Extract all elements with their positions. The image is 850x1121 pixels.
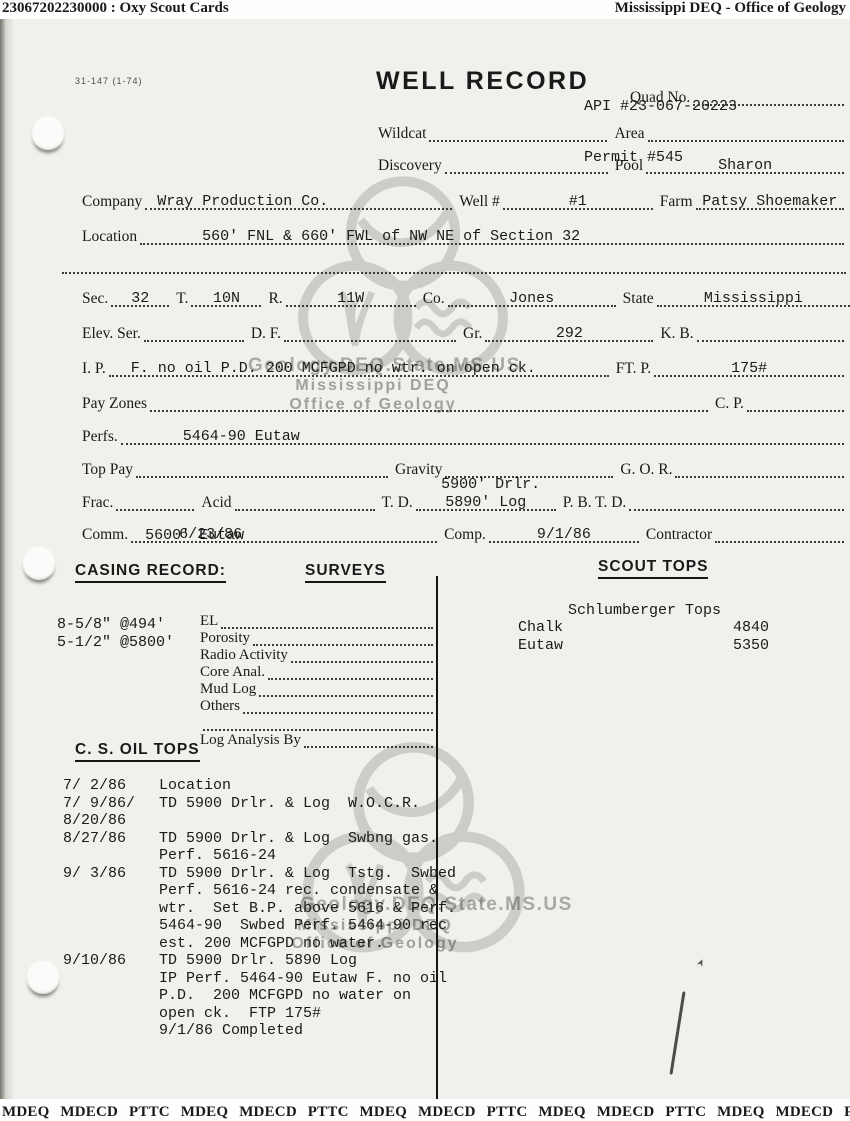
entry-text: TD 5900 Drlr. & Log Tstg. Swbed Perf. 56… (159, 865, 456, 953)
dotted-rule (304, 746, 433, 748)
well-number-label: Well # (452, 194, 503, 211)
township-field: 10N (191, 287, 261, 307)
log-entry: 8/20/86 (63, 812, 437, 830)
entry-date: 8/27/86 (63, 830, 159, 848)
field-row-location: Location 560' FNL & 660' FWL of NW NE of… (82, 225, 844, 245)
pay-zones-field (150, 392, 708, 412)
field-row-ip: I. P. F. no oil P.D. 200 MCFGPD no wtr. … (82, 357, 844, 377)
page-title: WELL RECORD (376, 67, 589, 96)
comm-depth-note: 5600' Eutaw (145, 527, 244, 544)
formation-name: Chalk (518, 619, 563, 637)
scout-tops-source: Schlumberger Tops (568, 602, 721, 620)
contractor-label: Contractor (639, 527, 715, 544)
survey-row: Porosity (200, 629, 433, 646)
township-label: T. (169, 291, 191, 308)
casing-record-header: CASING RECORD: (75, 562, 226, 583)
discovery-field (445, 154, 608, 174)
log-entry: 7/ 2/86 Location (63, 777, 437, 795)
location-field: 560' FNL & 660' FWL of NW NE of Section … (140, 225, 844, 245)
sec-label: Sec. (82, 291, 111, 308)
wildcat-field (429, 122, 607, 142)
area-field (648, 122, 844, 142)
gravity-field (445, 458, 613, 478)
perfs-field: 5464-90 Eutaw (121, 425, 844, 445)
dotted-rule (243, 712, 433, 714)
dotted-rule (221, 627, 433, 629)
pool-label: Pool (608, 158, 646, 175)
kb-field (697, 322, 844, 342)
dotted-rule (259, 695, 433, 697)
comp-label: Comp. (437, 527, 489, 544)
cp-field (747, 392, 844, 412)
field-row-pay-zones: Pay Zones C. P. (82, 392, 844, 412)
log-entry: 8/27/86 TD 5900 Drlr. & Log Swbng gas. P… (63, 830, 437, 865)
punch-hole (22, 546, 56, 580)
wildcat-label: Wildcat (378, 126, 429, 143)
range-label: R. (261, 291, 285, 308)
survey-row: Mud Log (200, 680, 433, 697)
td-label: T. D. (375, 495, 416, 512)
range-field: 11W (286, 287, 416, 307)
entry-date: 9/10/86 (63, 952, 159, 970)
pool-field: Sharon (646, 154, 844, 174)
farm-label: Farm (653, 194, 696, 211)
top-pay-field (136, 458, 388, 478)
field-row-perfs: Perfs. 5464-90 Eutaw (82, 425, 844, 445)
dotted-rule (291, 661, 433, 663)
casing-item: 5-1/2" @5800' (57, 634, 174, 652)
casing-record-list: 8-5/8" @494' 5-1/2" @5800' (57, 616, 174, 651)
scout-tops-table: Chalk 4840 Eutaw 5350 (518, 619, 803, 654)
scanned-well-record-page: { "header_bar": { "left": "2306720223000… (0, 0, 850, 1121)
entry-text: TD 5900 Drlr. & Log Swbng gas. Perf. 561… (159, 830, 438, 865)
survey-row: Others (200, 697, 433, 714)
log-entry: 9/ 3/86 TD 5900 Drlr. & Log Tstg. Swbed … (63, 865, 437, 953)
cp-label: C. P. (708, 396, 747, 413)
gr-label: Gr. (456, 326, 485, 343)
gor-label: G. O. R. (613, 462, 675, 479)
survey-row: Core Anal. (200, 663, 433, 680)
log-entry: 9/10/86 TD 5900 Drlr. 5890 Log IP Perf. … (63, 952, 437, 1040)
td-driller-value: 5900' Drlr. (441, 476, 540, 493)
state-label: State (616, 291, 657, 308)
comm-label: Comm. (82, 527, 131, 544)
field-row-sec-t-r-co-state: Sec. 32 T. 10N R. 11W Co. Jones State Mi… (82, 287, 850, 307)
frac-field (116, 491, 194, 511)
scout-tops-header: SCOUT TOPS (598, 558, 708, 579)
scan-artifact (669, 991, 685, 1074)
casing-item: 8-5/8" @494' (57, 616, 174, 634)
top-pay-label: Top Pay (82, 462, 136, 479)
field-row-quad: Quad No. (630, 86, 844, 106)
form-number: 31-147 (1-74) (75, 76, 143, 86)
scan-page-edge (0, 19, 16, 1099)
field-row-comm-comp: Comm. 6/23/86 5600' Eutaw Comp. 9/1/86 C… (82, 523, 844, 543)
scan-artifact (697, 958, 705, 967)
blank-rule-row (62, 254, 846, 274)
surveys-header: SURVEYS (305, 562, 386, 583)
survey-row (200, 714, 433, 731)
field-row-frac-td: Frac. Acid T. D. 5900' Drlr. 5890' Log P… (82, 491, 844, 511)
company-field: Wray Production Co. (145, 190, 452, 210)
dotted-rule (268, 678, 433, 680)
location-label: Location (82, 229, 140, 246)
elev-ser-label: Elev. Ser. (82, 326, 144, 343)
viewer-header-bar: 23067202230000 : Oxy Scout Cards Mississ… (0, 0, 850, 19)
field-row-discovery-pool: Discovery Pool Sharon (378, 154, 844, 174)
survey-row: Radio Activity (200, 646, 433, 663)
field-row-company: Company Wray Production Co. Well # #1 Fa… (82, 190, 844, 210)
pay-zones-label: Pay Zones (82, 396, 150, 413)
ip-field: F. no oil P.D. 200 MCFGPD no wtr. on ope… (109, 357, 609, 377)
log-entry: 7/ 9/86/ TD 5900 Drlr. & Log W.O.C.R. (63, 795, 437, 813)
entry-date: 7/ 2/86 (63, 777, 159, 795)
formation-name: Eutaw (518, 637, 563, 655)
entry-date: 8/20/86 (63, 812, 159, 830)
comm-field: 6/23/86 5600' Eutaw (131, 523, 437, 543)
county-label: Co. (416, 291, 448, 308)
punch-hole (26, 960, 60, 994)
agency-title: Mississippi DEQ - Office of Geology (615, 0, 846, 17)
dotted-rule (253, 644, 433, 646)
ftp-field: 175# (654, 357, 844, 377)
td-field: 5900' Drlr. 5890' Log (416, 491, 556, 511)
ftp-label: FT. P. (609, 361, 654, 378)
scout-top-row: Chalk 4840 (518, 619, 803, 637)
surveys-list: EL Porosity Radio Activity Core Anal. Mu… (200, 612, 433, 748)
entry-text: TD 5900 Drlr. 5890 Log IP Perf. 5464-90 … (159, 952, 447, 1040)
gor-field (675, 458, 844, 478)
document-id-title: 23067202230000 : Oxy Scout Cards (2, 0, 229, 17)
df-field (284, 322, 456, 342)
scanned-document: Geology.DEQ.State.MS.US Mississippi DEQ … (0, 19, 850, 1099)
scout-top-row: Eutaw 5350 (518, 637, 803, 655)
pbtd-label: P. B. T. D. (556, 495, 630, 512)
entry-date: 7/ 9/86/ (63, 795, 159, 813)
pbtd-field (629, 491, 844, 511)
field-row-elevation: Elev. Ser. D. F. Gr. 292 K. B. (82, 322, 844, 342)
perfs-label: Perfs. (82, 429, 121, 446)
kb-label: K. B. (653, 326, 696, 343)
field-row-top-pay: Top Pay Gravity G. O. R. (82, 458, 844, 478)
oil-tops-entries: 7/ 2/86 Location 7/ 9/86/ TD 5900 Drlr. … (63, 777, 437, 1040)
elev-ser-field (144, 322, 244, 342)
quad-no-label: Quad No. (630, 90, 693, 107)
acid-field (235, 491, 375, 511)
company-label: Company (82, 194, 145, 211)
contractor-field (715, 523, 844, 543)
blank-field (62, 254, 846, 274)
df-label: D. F. (244, 326, 284, 343)
frac-label: Frac. (82, 495, 116, 512)
farm-field: Patsy Shoemaker (696, 190, 844, 210)
oil-tops-header: C. S. OIL TOPS (75, 741, 200, 762)
gravity-label: Gravity (388, 462, 445, 479)
punch-hole (31, 116, 65, 150)
acid-label: Acid (194, 495, 234, 512)
gr-field: 292 (485, 322, 653, 342)
survey-row: Log Analysis By (200, 731, 433, 748)
entry-date: 9/ 3/86 (63, 865, 159, 883)
field-row-wildcat-area: Wildcat Area (378, 122, 844, 142)
ip-label: I. P. (82, 361, 109, 378)
quad-no-field (693, 86, 844, 106)
state-field: Mississippi (657, 287, 850, 307)
well-number-field: #1 (503, 190, 653, 210)
sec-field: 32 (111, 287, 169, 307)
survey-row: EL (200, 612, 433, 629)
footer-org-codes: MDEQ MDECD PTTC MDEQ MDECD PTTC MDEQ MDE… (2, 1104, 850, 1121)
formation-depth: 4840 (733, 619, 769, 637)
dotted-rule (203, 729, 433, 731)
county-field: Jones (448, 287, 616, 307)
area-label: Area (607, 126, 647, 143)
discovery-label: Discovery (378, 158, 445, 175)
entry-text: TD 5900 Drlr. & Log W.O.C.R. (159, 795, 420, 813)
viewer-footer-bar: MDEQ MDECD PTTC MDEQ MDECD PTTC MDEQ MDE… (0, 1099, 850, 1121)
formation-depth: 5350 (733, 637, 769, 655)
entry-text: Location (159, 777, 231, 795)
comp-field: 9/1/86 (489, 523, 639, 543)
